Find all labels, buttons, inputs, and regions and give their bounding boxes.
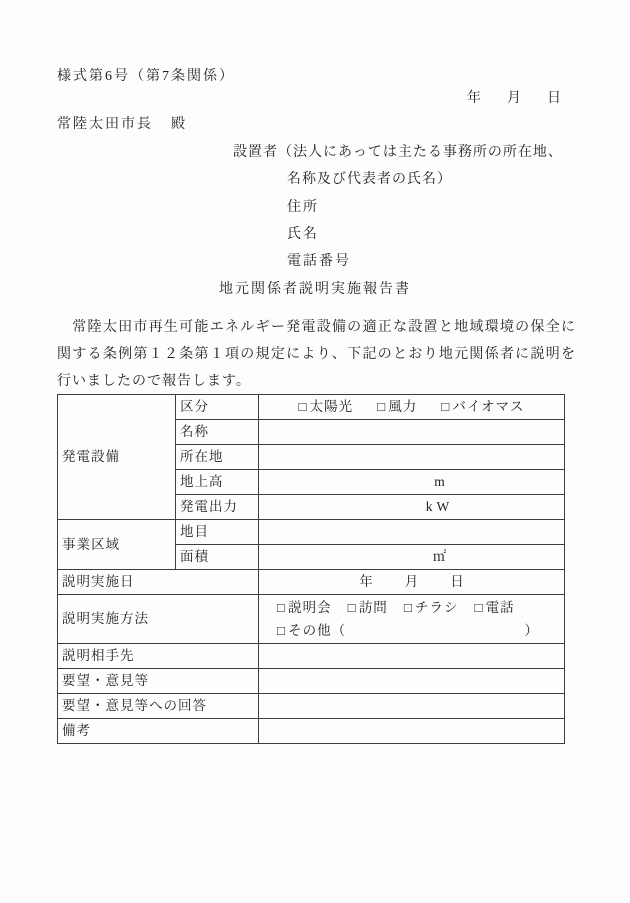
date-day: 日 — [547, 87, 561, 107]
row-label-explained-to: 説明相手先 — [58, 644, 259, 669]
row-label-height: 地上高 — [176, 470, 259, 495]
row-label-remarks: 備考 — [58, 719, 259, 744]
date-line: 年 月 日 — [467, 87, 561, 107]
category-options: □太陽光 □風力 □バイオマス — [263, 396, 560, 418]
addressee-name: 常陸太田市長 — [57, 113, 153, 133]
checkbox-icon: □ — [348, 596, 357, 619]
table-row: 事業区域 地目 — [58, 520, 565, 545]
facility-name-value — [259, 420, 565, 445]
checkbox-icon: □ — [298, 396, 307, 418]
date-month: 月 — [507, 87, 521, 107]
row-label-explanation-date: 説明実施日 — [58, 570, 259, 595]
installer-name-label: 氏名 — [287, 223, 319, 243]
other-close-paren: ） — [525, 619, 539, 642]
opinions-value — [259, 669, 565, 694]
row-label-explanation-method: 説明実施方法 — [58, 595, 259, 644]
document-page: 様式第6号（第7条関係） 年 月 日 常陸太田市長 殿 設置者（法人にあっては主… — [0, 0, 630, 903]
explained-to-value — [259, 644, 565, 669]
checkbox-phone[interactable]: □電話 — [474, 596, 514, 619]
checkbox-icon: □ — [404, 596, 413, 619]
checkbox-solar[interactable]: □太陽光 — [298, 396, 353, 418]
installer-address-label: 住所 — [287, 196, 319, 216]
checkbox-icon: □ — [277, 596, 286, 619]
group-label-business-area: 事業区域 — [58, 520, 176, 570]
table-row: 発電設備 区分 □太陽光 □風力 □バイオマス — [58, 395, 565, 420]
checkbox-biomass[interactable]: □バイオマス — [441, 396, 524, 418]
checkbox-flyer-label: チラシ — [415, 596, 459, 619]
land-type-value — [259, 520, 565, 545]
method-other-line: □その他（ ） — [263, 619, 560, 642]
table-row: 要望・意見等への回答 — [58, 694, 565, 719]
installer-phone-label: 電話番号 — [287, 250, 351, 270]
date-day: 日 — [450, 571, 464, 593]
row-label-category: 区分 — [176, 395, 259, 420]
checkbox-visit-label: 訪問 — [359, 596, 388, 619]
explanation-date-value: 年 月 日 — [263, 571, 560, 593]
checkbox-flyer[interactable]: □チラシ — [404, 596, 459, 619]
checkbox-icon: □ — [474, 596, 483, 619]
checkbox-phone-label: 電話 — [486, 596, 515, 619]
date-month: 月 — [405, 571, 419, 593]
group-label-power-facility: 発電設備 — [58, 395, 176, 520]
checkbox-icon: □ — [441, 396, 450, 418]
checkbox-icon: □ — [277, 619, 286, 642]
remarks-value — [259, 719, 565, 744]
facility-location-value — [259, 445, 565, 470]
row-label-landtype: 地目 — [176, 520, 259, 545]
row-label-output: 発電出力 — [176, 495, 259, 520]
installer-line1: 設置者（法人にあっては主たる事務所の所在地、 — [233, 141, 563, 161]
form-number: 様式第6号（第7条関係） — [57, 65, 235, 85]
date-year: 年 — [467, 87, 481, 107]
honorific: 殿 — [171, 113, 187, 133]
checkbox-solar-label: 太陽光 — [310, 396, 354, 418]
date-year: 年 — [359, 571, 373, 593]
row-label-opinions: 要望・意見等 — [58, 669, 259, 694]
table-row: 説明実施方法 □説明会 □訪問 □チラシ □電話 □その他（ ） — [58, 595, 565, 644]
checkbox-other[interactable]: □その他（ — [277, 619, 346, 642]
checkbox-other-label: その他（ — [288, 619, 346, 642]
checkbox-briefing[interactable]: □説明会 — [277, 596, 332, 619]
table-row: 要望・意見等 — [58, 669, 565, 694]
height-unit: m — [259, 470, 565, 495]
row-label-name: 名称 — [176, 420, 259, 445]
installer-line2: 名称及び代表者の氏名） — [287, 168, 452, 188]
method-options: □説明会 □訪問 □チラシ □電話 — [263, 596, 560, 619]
checkbox-biomass-label: バイオマス — [452, 396, 524, 418]
checkbox-wind-label: 風力 — [388, 396, 417, 418]
table-row: 説明相手先 — [58, 644, 565, 669]
report-table: 発電設備 区分 □太陽光 □風力 □バイオマス 名称 所在地 地 — [57, 394, 565, 744]
row-label-location: 所在地 — [176, 445, 259, 470]
size-unit: ㎡ — [259, 545, 565, 570]
body-paragraph: 常陸太田市再生可能エネルギー発電設備の適正な設置と地域環境の保全に関する条例第１… — [57, 314, 576, 395]
row-label-size: 面積 — [176, 545, 259, 570]
checkbox-wind[interactable]: □風力 — [377, 396, 417, 418]
checkbox-briefing-label: 説明会 — [288, 596, 332, 619]
addressee-line: 常陸太田市長 殿 — [57, 113, 187, 133]
output-unit: kW — [259, 495, 565, 520]
document-title: 地元関係者説明実施報告書 — [0, 278, 630, 298]
opinions-response-value — [259, 694, 565, 719]
table-row: 備考 — [58, 719, 565, 744]
row-label-opinions-response: 要望・意見等への回答 — [58, 694, 259, 719]
checkbox-icon: □ — [377, 396, 386, 418]
checkbox-visit[interactable]: □訪問 — [348, 596, 388, 619]
table-row: 説明実施日 年 月 日 — [58, 570, 565, 595]
